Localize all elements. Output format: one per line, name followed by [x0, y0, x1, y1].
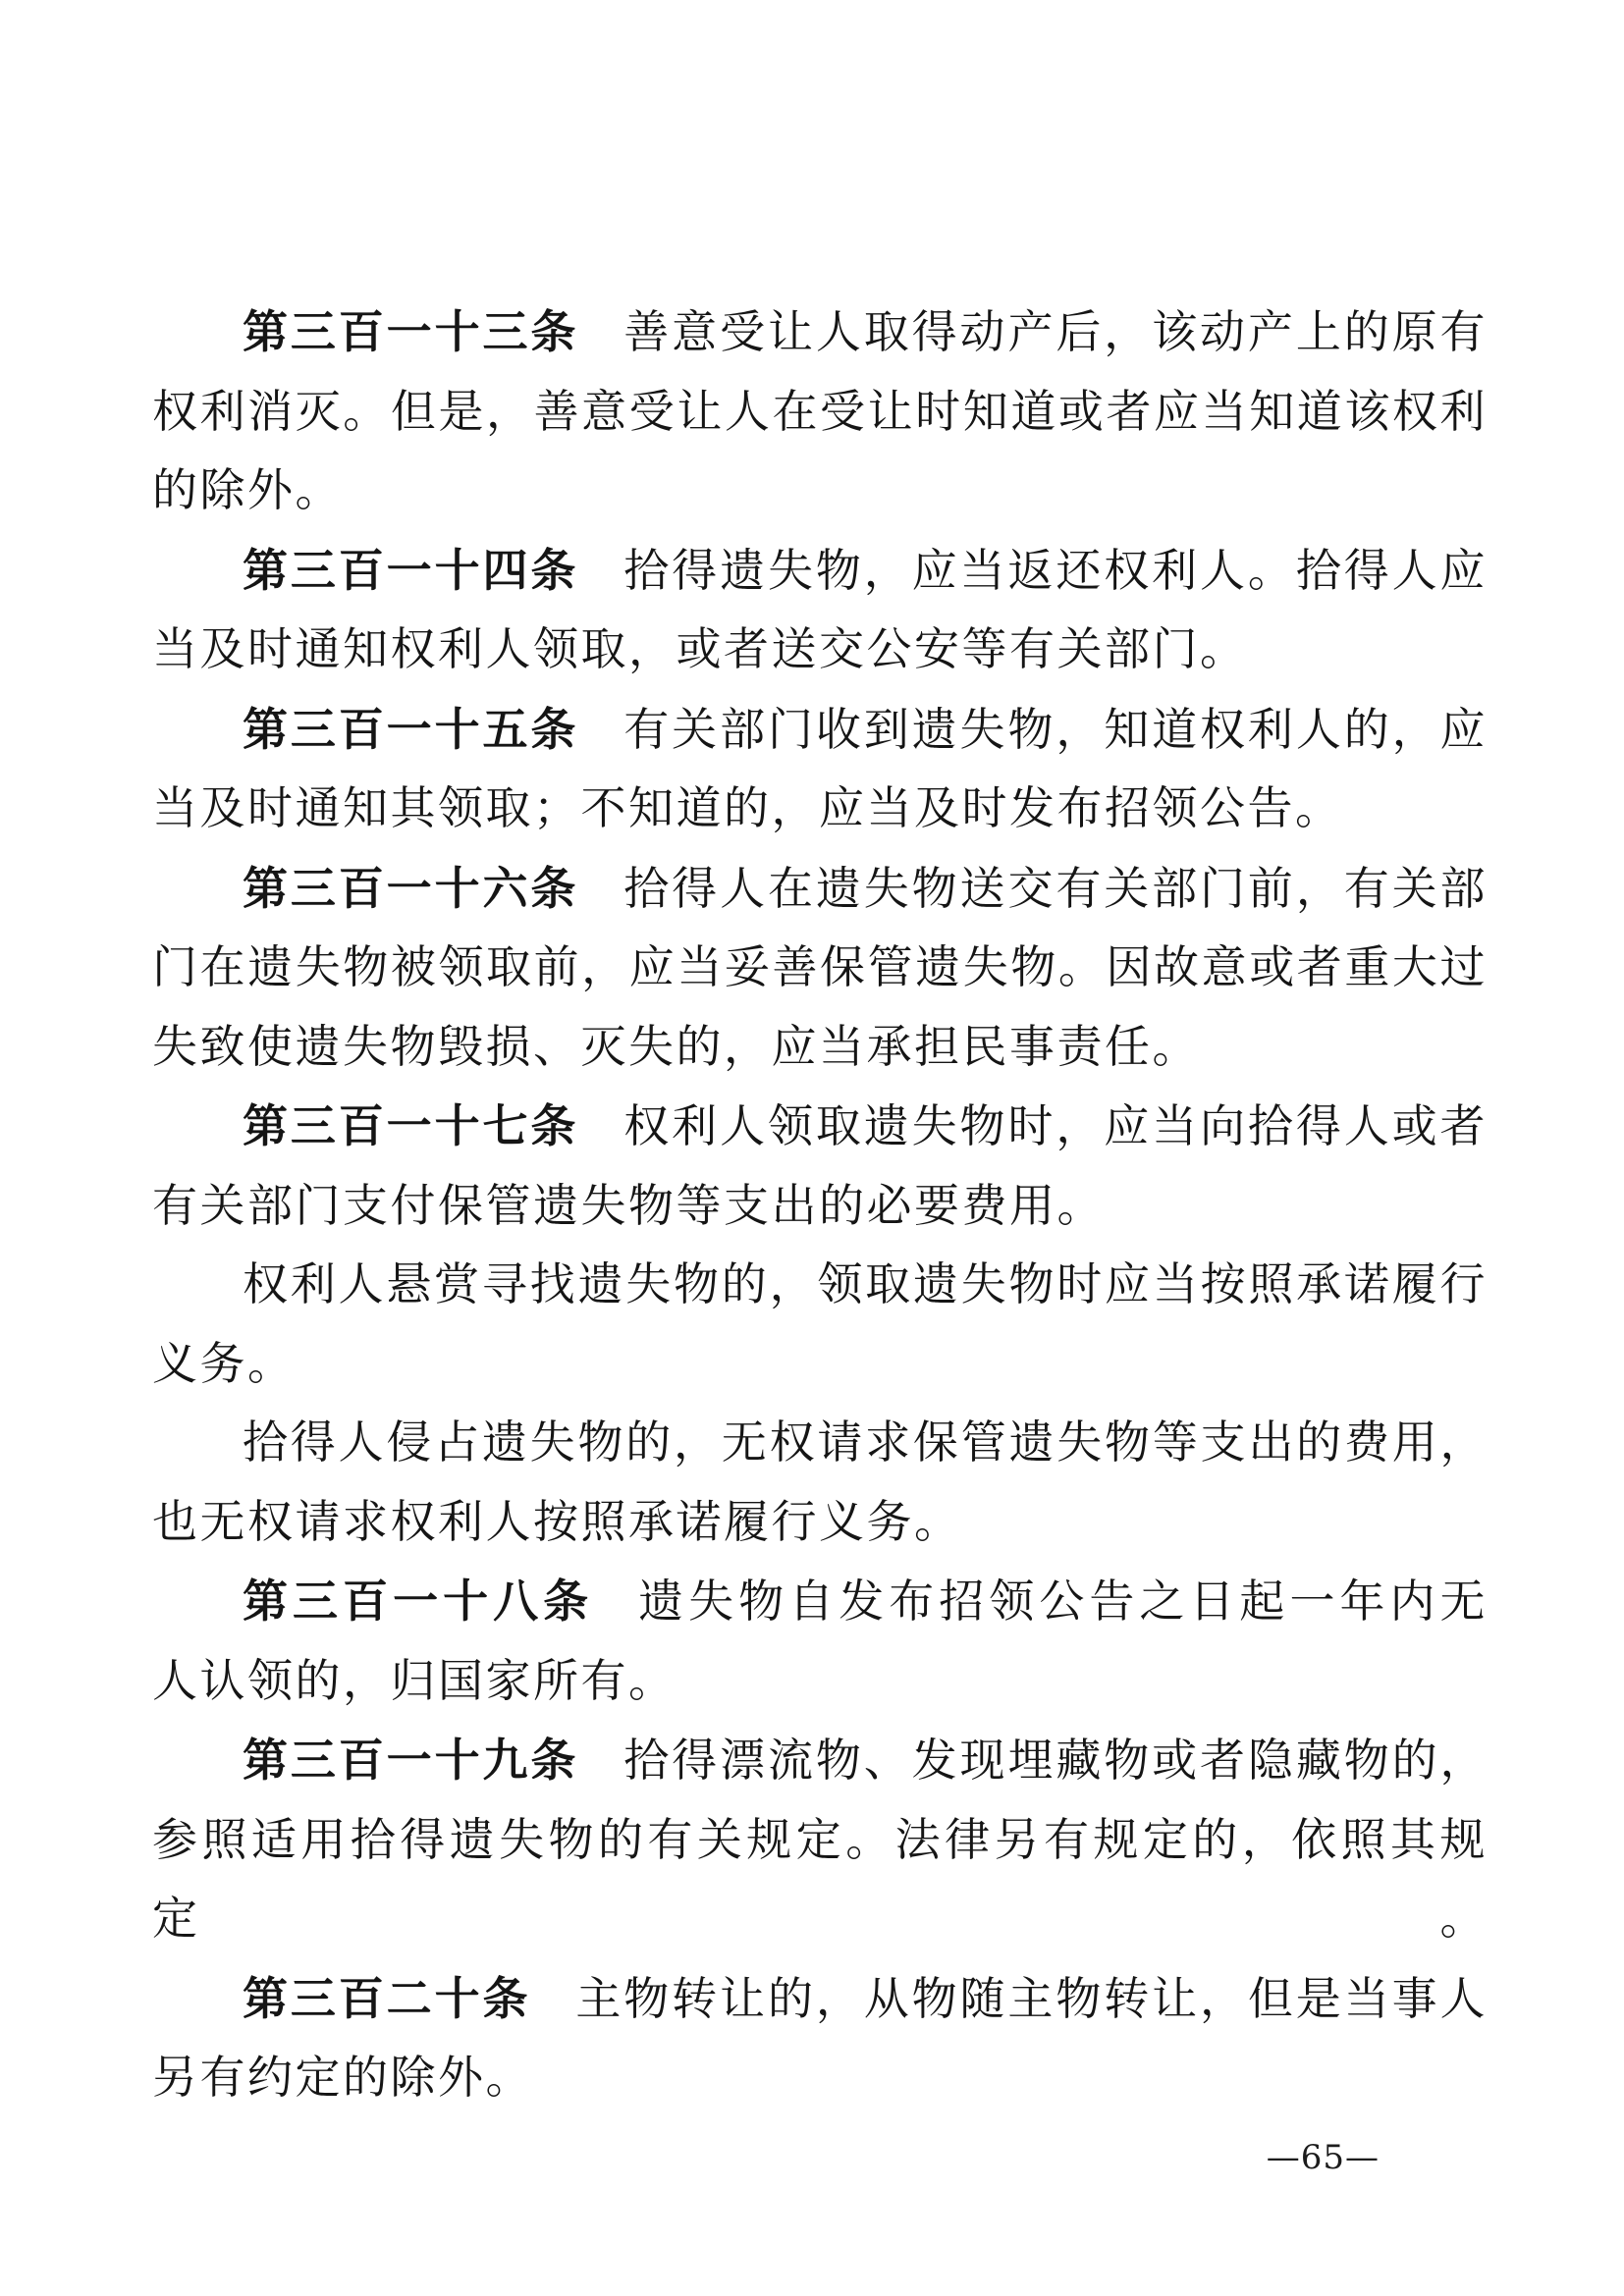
text-line: 义务。 [152, 1325, 1488, 1405]
article-number: 第三百一十六条 [243, 863, 578, 914]
line-text: 拾得遗失物，应当返还权利人。拾得人应 [623, 546, 1488, 596]
text-line: 第三百一十六条拾得人在遗失物送交有关部门前，有关部 [152, 849, 1488, 930]
line-text: 的除外。 [152, 465, 343, 515]
line-text: 权利消灭。但是，善意受让人在受让时知道或者应当知道该权利 [152, 387, 1488, 437]
line-text: 义务。 [152, 1339, 296, 1389]
article-number: 第三百二十条 [243, 1973, 530, 2024]
article-number: 第三百一十九条 [243, 1735, 578, 1786]
line-text: 有关部门收到遗失物，知道权利人的，应 [623, 705, 1488, 755]
line-text: 善意受让人取得动产后，该动产上的原有 [623, 307, 1488, 357]
text-line: 第三百一十三条善意受让人取得动产后，该动产上的原有 [152, 293, 1488, 373]
text-line: 第三百二十条主物转让的，从物随主物转让，但是当事人 [152, 1959, 1488, 2040]
text-line: 第三百一十八条遗失物自发布招领公告之日起一年内无 [152, 1562, 1488, 1642]
line-text: 门在遗失物被领取前，应当妥善保管遗失物。因故意或者重大过 [152, 942, 1488, 992]
line-text: 当及时通知权利人领取，或者送交公安等有关部门。 [152, 624, 1248, 674]
line-text: 失致使遗失物毁损、灭失的，应当承担民事责任。 [152, 1022, 1200, 1072]
text-line: 参照适用拾得遗失物的有关规定。法律另有规定的，依照其规定。 [152, 1801, 1488, 1959]
text-line: 第三百一十七条权利人领取遗失物时，应当向拾得人或者 [152, 1087, 1488, 1167]
line-text: 人认领的，归国家所有。 [152, 1656, 677, 1706]
article-number: 第三百一十五条 [243, 704, 578, 755]
text-line: 第三百一十五条有关部门收到遗失物，知道权利人的，应 [152, 690, 1488, 771]
article-number: 第三百一十三条 [243, 306, 578, 357]
line-text: 有关部门支付保管遗失物等支出的必要费用。 [152, 1181, 1105, 1231]
page-number: —65— [0, 2140, 1624, 2175]
text-line: 的除外。 [152, 452, 1488, 531]
document-page: 第三百一十三条善意受让人取得动产后，该动产上的原有 权利消灭。但是，善意受让人在… [0, 0, 1624, 2296]
law-text-block: 第三百一十三条善意受让人取得动产后，该动产上的原有 权利消灭。但是，善意受让人在… [0, 0, 1624, 2118]
text-line: 当及时通知权利人领取，或者送交公安等有关部门。 [152, 611, 1488, 690]
text-line: 权利人悬赏寻找遗失物的，领取遗失物时应当按照承诺履行 [152, 1246, 1488, 1325]
text-line: 门在遗失物被领取前，应当妥善保管遗失物。因故意或者重大过 [152, 929, 1488, 1008]
text-line: 拾得人侵占遗失物的，无权请求保管遗失物等支出的费用， [152, 1404, 1488, 1483]
text-line: 第三百一十九条拾得漂流物、发现埋藏物或者隐藏物的， [152, 1721, 1488, 1801]
line-text: 拾得漂流物、发现埋藏物或者隐藏物的， [623, 1735, 1488, 1786]
article-number: 第三百一十八条 [243, 1575, 593, 1627]
line-text: 拾得人在遗失物送交有关部门前，有关部 [623, 864, 1488, 914]
article-number: 第三百一十七条 [243, 1100, 578, 1151]
article-number: 第三百一十四条 [243, 545, 578, 596]
line-text: 当及时通知其领取；不知道的，应当及时发布招领公告。 [152, 783, 1343, 833]
text-line: 另有约定的除外。 [152, 2039, 1488, 2118]
line-text: 也无权请求权利人按照承诺履行义务。 [152, 1497, 962, 1547]
text-line: 当及时通知其领取；不知道的，应当及时发布招领公告。 [152, 770, 1488, 849]
line-text: 主物转让的，从物随主物转让，但是当事人 [575, 1974, 1488, 2024]
text-line: 第三百一十四条拾得遗失物，应当返还权利人。拾得人应 [152, 531, 1488, 612]
text-line: 权利消灭。但是，善意受让人在受让时知道或者应当知道该权利 [152, 373, 1488, 453]
line-text: 遗失物自发布招领公告之日起一年内无 [638, 1576, 1488, 1627]
line-text: 参照适用拾得遗失物的有关规定。法律另有规定的，依照其规定。 [152, 1815, 1488, 1945]
line-text: 权利人悬赏寻找遗失物的，领取遗失物时应当按照承诺履行 [243, 1259, 1488, 1309]
line-text: 另有约定的除外。 [152, 2053, 533, 2103]
line-text: 权利人领取遗失物时，应当向拾得人或者 [623, 1101, 1488, 1151]
text-line: 失致使遗失物毁损、灭失的，应当承担民事责任。 [152, 1008, 1488, 1088]
text-line: 人认领的，归国家所有。 [152, 1642, 1488, 1722]
text-line: 有关部门支付保管遗失物等支出的必要费用。 [152, 1167, 1488, 1247]
text-line: 也无权请求权利人按照承诺履行义务。 [152, 1483, 1488, 1563]
line-text: 拾得人侵占遗失物的，无权请求保管遗失物等支出的费用， [243, 1417, 1488, 1468]
